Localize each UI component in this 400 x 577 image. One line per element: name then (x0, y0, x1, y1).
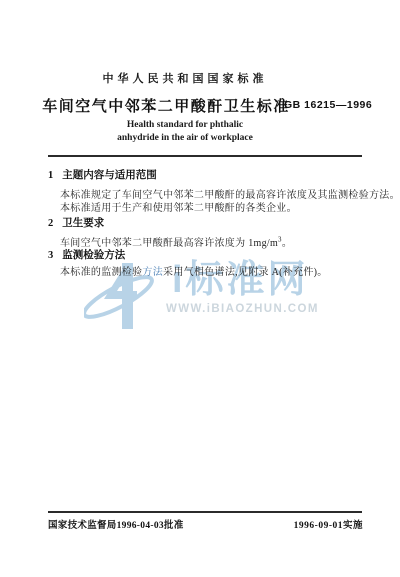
section3-paragraph1: 本标准的监测检验方法采用气相色谱法,见附录 A(补充件)。 (60, 263, 328, 278)
method-text-pre: 本标准的监测检验 (60, 267, 142, 278)
document-title-cn: 车间空气中邻苯二甲酸酐卫生标准 (0, 95, 332, 116)
method-text-blue-fragment: 方法 (142, 267, 163, 278)
section3-heading: 3监测检验方法 (48, 247, 125, 262)
section1-heading: 1主题内容与适用范围 (48, 167, 157, 182)
section2-number: 2 (48, 218, 53, 229)
approval-date-text: 国家技术监督局1996-04-03批准 (48, 517, 184, 531)
national-standard-kicker: 中华人民共和国国家标准 (0, 70, 370, 86)
section1-number: 1 (48, 170, 53, 181)
footer-divider (48, 511, 362, 513)
section3-number: 3 (48, 250, 53, 261)
title-en-line1: Health standard for phthalic (0, 119, 370, 132)
section1-paragraph2: 本标准适用于生产和使用邻苯二甲酸酐的各类企业。 (60, 199, 297, 214)
watermark-url-text: WWW.iBIAOZHUN.COM (166, 303, 319, 315)
header-divider (48, 155, 362, 157)
title-en-line2: anhydride in the air of workplace (0, 132, 370, 145)
implementation-date-text: 1996-09-01实施 (294, 517, 363, 531)
standard-document-page: i标准网 WWW.iBIAOZHUN.COM 中华人民共和国国家标准 车间空气中… (0, 0, 400, 577)
section2-heading: 2卫生要求 (48, 215, 104, 230)
mac-value-period: 。 (282, 238, 292, 249)
section3-heading-label: 监测检验方法 (62, 250, 125, 261)
section1-heading-label: 主题内容与适用范围 (62, 170, 157, 181)
document-title-en: Health standard for phthalic anhydride i… (0, 119, 370, 144)
method-text-post: 采用气相色谱法,见附录 A(补充件)。 (163, 267, 328, 278)
standard-number: GB 16215—1996 (284, 99, 372, 111)
section2-heading-label: 卫生要求 (62, 218, 104, 229)
